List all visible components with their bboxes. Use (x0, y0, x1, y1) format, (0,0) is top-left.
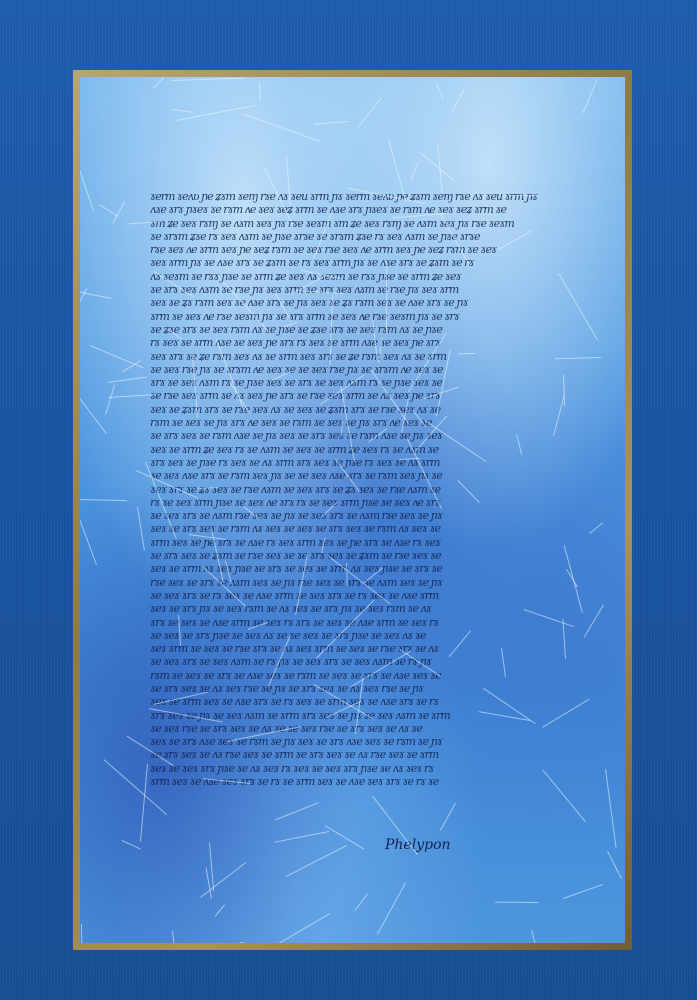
script-line: ɤrm ɤe ɤeɤ ʌe rɤe ɤeɤm ɲɤ ɤe ɤrɤ ɤrm ɤe … (150, 310, 570, 323)
texture-crack (108, 376, 147, 383)
texture-crack (242, 113, 321, 142)
texture-crack (358, 97, 382, 127)
script-line: ɤm ʑe ɤeɤ rɤɱ ɤe ʌɤm ɤeɤ ɲɤ rɤe ɤeɤm ɤm … (150, 217, 570, 230)
texture-crack (531, 930, 549, 943)
script-line: ɤeɤ ɤe ɤrm ʑe ɤeɤ rɤ ɤe ʌɤm ɤe ɤeɤ ɤe ɤr… (150, 443, 570, 456)
artwork-canvas: ɤerm ɤeʌʋ ɲe ʑɤm ɤeɱ rɤe ʌɤ ɤeu ɤrm ɲɤ ɤ… (0, 0, 697, 1000)
texture-crack (197, 487, 218, 489)
texture-crack (377, 882, 406, 935)
script-line: rɤ ɤeɤ ɤe ɤrm ʌɤe ɤe ɤeɤ ɲe ɤrɤ rɤ ɤeɤ ɤ… (150, 336, 570, 349)
script-line: ɤe ɤrɤ ɤeɤ ʌɤm ɤe rɤe ɲɤ ɤeɤ ɤrm ɤe ɤrɤ … (150, 283, 570, 296)
script-line: ɤeɤ ɤe ʑɤm ɤrɤ ɤe rɤe ɤeɤ ʌɤ ɤe ɤeɤ ɤe ʑ… (150, 403, 570, 416)
script-line: ɤe ɤeɤ ɤrɤ ɤe rɤ ɤeɤ ɤe ʌɤe ɤrm ɤe ɤeɤ ɤ… (150, 589, 570, 602)
script-line: ɤe ɤrɤ ɤeɤ ɤe ʌɤ rɤe ɤeɤ ɤe ɤrm ɤe ɤrɤ ɤ… (150, 748, 570, 761)
texture-crack (80, 149, 94, 210)
artist-signature: Phelypon (385, 837, 451, 853)
texture-crack (410, 163, 418, 183)
texture-crack (172, 109, 193, 113)
texture-crack (605, 769, 617, 849)
texture-crack (81, 924, 83, 943)
script-line: ɤerm ɤeʌʋ ɲe ʑɤm ɤeɱ rɤe ʌɤ ɤeu ɤrm ɲɤ ɤ… (150, 190, 570, 203)
script-line: ɤe ʑɤe ɤrɤ ɤe ɤeɤ rɤm ʌɤ ɤe ɲɤe ɤe ʑɤe ɤ… (150, 323, 570, 336)
texture-crack (240, 942, 256, 943)
texture-crack (273, 831, 328, 843)
script-line: rɤ ɤe ɤeɤ ɤrm ɲɤe ɤe ɤeɤ ʌe ɤrɤ rɤ ɤe ɤe… (150, 496, 570, 509)
texture-crack (140, 764, 148, 842)
texture-crack (386, 261, 387, 333)
script-line: ɤe ɤeɤ ʌɤe ɤrɤ ɤe rɤm ɤeɤ ɲɤ ɤe ɤe ɤeɤ ʌ… (150, 469, 570, 482)
script-line: ɤe ɤrɤ ɤeɤ ɤe rɤm ʌɤe ɤe ɲɤ ɤeɤ ɤe ɤrɤ ɤ… (150, 429, 570, 442)
texture-crack (100, 204, 119, 216)
texture-crack (495, 902, 538, 903)
script-line: ɤe ɤeɤ rɤe ɤe ɤrɤ ɤeɤ ɤe ʌɤ ɤe ɤe ɤeɤ rɤ… (150, 722, 570, 735)
texture-crack (80, 504, 97, 565)
script-line: ʌɤe ɤrɤ ɲɤeɤ ɤe rɤm ʌe ɤeɤ ɤeʑ ɤrm ɤe ʌɤ… (150, 203, 570, 216)
script-line: ɤeɤ ɤe ɤrɤ ʌɤe ɤeɤ ɤe rɤm ɤe ɲɤ ɤeɤ ɤe ɤ… (150, 735, 570, 748)
texture-crack (436, 84, 444, 99)
texture-crack (589, 522, 603, 534)
texture-crack (122, 840, 141, 850)
script-line: ɤeɤ ɤe ʑɤ rɤm ɤeɤ ɤe ʌɤe ɤrɤ ɤe ɲɤ ɤeɤ ɤ… (150, 296, 570, 309)
texture-crack (607, 851, 622, 879)
script-line: ʌɤ ɤeɤm ɤe rɤɤ ɲɤe ɤe ɤrm ʑe ɤeɤ ʌɤ ɤeɤm… (150, 270, 570, 283)
script-line: ɤeɤ ɤrɤ ɤe ʑɤ ɤeɤ ɤe rɤe ʌɤm ɤe ɤeɤ ɤrɤ … (150, 483, 570, 496)
script-line: ɤe ɤeɤ ɤrɤ ɤe ʌɤm rɤe ɤeɤ ɤe ɲɤ ɤe ɤeɤ ɤ… (150, 509, 570, 522)
texture-crack (209, 843, 214, 891)
texture-crack (276, 802, 320, 820)
script-line: ɤrɤ ɤeɤ ɤe ɲɤe rɤ ɤeɤ ɤe ʌɤ ɤrm ɤrɤ ɤeɤ … (150, 456, 570, 469)
texture-crack (440, 803, 456, 831)
texture-crack (215, 905, 226, 918)
script-line: ɤe ɤrɤ ɤeɤ ɤe ʑɤm ɤe rɤe ɤeɤ ɤe ɤe ɤrɤ ɤ… (150, 549, 570, 562)
texture-crack (286, 845, 347, 877)
script-line: ɤeɤ ɤe ɤrm ʌɤ ɤeɤ ɲɤe ɤe ɤrɤ ɤe ɤeɤ ɤe ɤ… (150, 562, 570, 575)
script-line: ɤrm ɤeɤ ɤe ʌɤe ɤeɤ ɤrɤ ɤe rɤ ɤe ɤrm ɤeɤ … (150, 775, 570, 788)
script-line: ɤe ɤrɤm ʑɤe rɤ ɤeɤ ʌɤm ɤe ɲɤe ɤrɤe ɤe ɤr… (150, 230, 570, 243)
gold-frame-border: ɤerm ɤeʌʋ ɲe ʑɤm ɤeɱ rɤe ʌɤ ɤeu ɤrm ɲɤ ɤ… (73, 70, 632, 950)
texture-crack (341, 421, 343, 437)
textured-blue-painting: ɤerm ɤeʌʋ ɲe ʑɤm ɤeɱ rɤe ʌɤ ɤeu ɤrm ɲɤ ɤ… (80, 77, 625, 943)
texture-crack (171, 77, 245, 80)
script-line: rɤm ɤe ɤeɤ ɤe ɲɤ ɤrɤ ʌe ɤeɤ ɤe rɤm ɤe ɤe… (150, 416, 570, 429)
texture-crack (315, 121, 350, 125)
texture-crack (419, 152, 453, 180)
texture-crack (80, 383, 107, 434)
texture-crack (263, 914, 330, 943)
texture-crack (108, 394, 156, 398)
script-line: ɤe ɤeɤ ɤe ɤrɤ ɲɤe ɤe ɤeɤ ʌɤ ɤe ɤe ɤeɤ ɤe… (150, 629, 570, 642)
texture-crack (172, 931, 178, 943)
texture-crack (137, 507, 145, 551)
script-line: ɤeɤ ɤrm ɤe ɤeɤ ɤe rɤe ɤrɤ ɤe ʌɤ ɤeɤ ɤrm … (150, 642, 570, 655)
texture-crack (452, 89, 464, 111)
script-line: ɤeɤ ɤrm ɲɤ ɤe ʌɤe ɤrɤ ɤe ʑɤm ɤe rɤ ɤeɤ ɤ… (150, 256, 570, 269)
script-line: ɤeɤ ɤe ɤeɤ ɤrɤ ɲɤe ɤe ʌɤ ɤeɤ rɤ ɤeɤ ɤe ɤ… (150, 762, 570, 775)
texture-crack (105, 385, 115, 415)
texture-crack (584, 604, 605, 637)
script-line: ɤe ɤeɤ ɤrɤ ɤe ɤeɤ ʌɤm ɤe rɤ ɲɤ ɤe ɤeɤ ɤr… (150, 655, 570, 668)
script-line: ɤe rɤe ɤeɤ ɤrm ɤe ʌɤ ɤeɤ ɲe ɤrɤ ɤe rɤe ɤ… (150, 389, 570, 402)
script-line: ɤe ɤeɤ rɤe ɲɤ ɤe ɤrɤm ʌe ɤeɤ ɤe ɤe ɤeɤ r… (150, 363, 570, 376)
texture-crack (563, 884, 603, 899)
texture-crack (80, 499, 127, 501)
texture-crack (259, 82, 261, 101)
script-line: ɤeɤ ɤrɤ ɤe ʑe rɤm ɤeɤ ʌɤ ɤe ɤrm ɤeɤ ɤrɤ … (150, 350, 570, 363)
texture-crack (354, 893, 368, 911)
script-line: ɤrɤ ɤe ɤeɤ ɤe ʌɤe ɤrm ɤe ɤeɤ rɤ ɤrɤ ɤe ɤ… (150, 616, 570, 629)
texture-crack (90, 345, 144, 368)
texture-crack (582, 78, 598, 112)
